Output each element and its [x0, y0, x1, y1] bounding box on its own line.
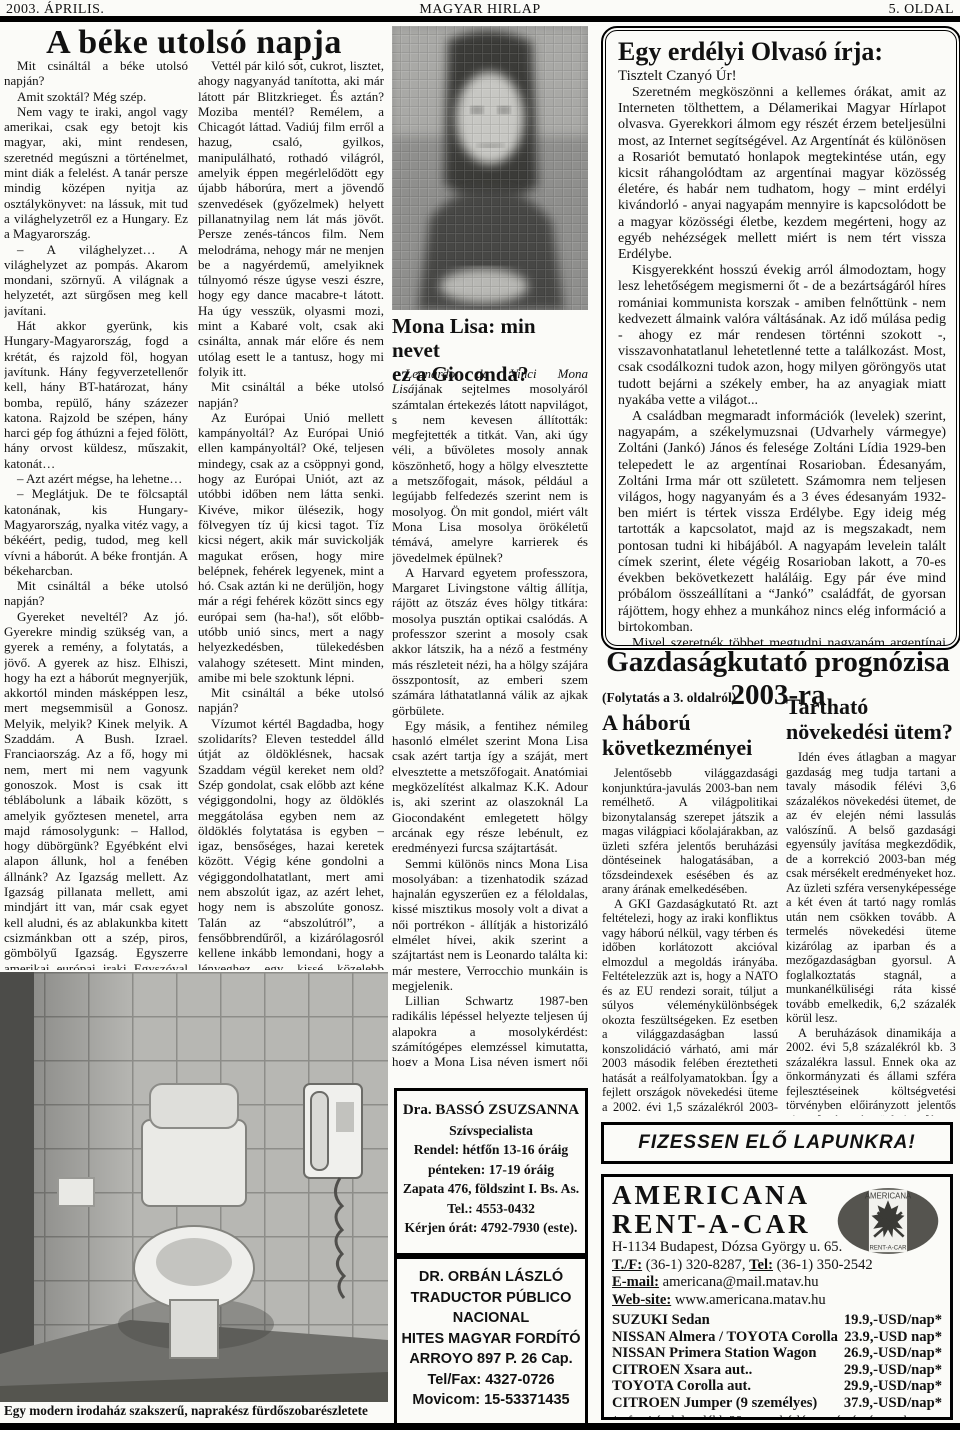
article-paragraph: Vízumot kértél Bagdadba, hogy szolidarít…: [198, 716, 384, 970]
americana-name: AMERICANA RENT-A-CAR: [612, 1181, 832, 1239]
ad-line: Rendel: hétfőn 13-16 óráig: [397, 1140, 585, 1160]
reader-letter-box: Egy erdélyi Olvasó írja: Tisztelt Czanyó…: [601, 26, 960, 650]
tf-value: (36-1) 320-8287,: [642, 1257, 749, 1273]
logo-text-top: AMERICANA: [865, 1191, 912, 1200]
car-model: CITROEN Xsara aut..: [612, 1362, 752, 1379]
bathroom-photo: [0, 972, 388, 1402]
ad-line: Tel/Fax: 4327-0726: [397, 1370, 585, 1391]
americana-name-line1: AMERICANA: [612, 1181, 832, 1210]
ad-line: Kérjen órát: 4792-7930 (este).: [397, 1218, 585, 1238]
letter-paragraph: Kisgyerekként hosszú évekig arról álmodo…: [618, 263, 946, 409]
tel-label: Tel:: [749, 1257, 773, 1273]
car-model: SUZUKI Sedan: [612, 1312, 710, 1329]
americana-name-line2: RENT-A-CAR: [612, 1210, 832, 1239]
basso-ad: Dra. BASSÓ ZSUZSANNA Szívspecialista Ren…: [394, 1088, 588, 1256]
reader-letter-title: Egy erdélyi Olvasó írja:: [618, 37, 946, 67]
mona-lisa-image: [392, 26, 588, 310]
ad-line: Szívspecialista: [397, 1121, 585, 1141]
car-price-row: CITROEN Jumper (9 személyes)37.9,-USD/na…: [612, 1395, 942, 1412]
americana-website: Web-site: www.americana.matav.hu: [612, 1292, 942, 1310]
article-paragraph: – Azt azért mégse, ha lehetne…: [4, 471, 188, 486]
car-price: 29.9,-USD/nap*: [844, 1378, 942, 1395]
prognosis-left-heading: A háború következményei: [602, 710, 778, 760]
newspaper-page: 2003. ÁPRILIS. MAGYAR HIRLAP 5. OLDAL A …: [0, 0, 960, 1430]
ad-line: Tel.: 4553-0432: [397, 1199, 585, 1219]
masthead-rule: [0, 16, 960, 22]
ad-line: ARROYO 897 P. 26 Cap.: [397, 1349, 585, 1370]
peace-article-column-1: Mit csináltál a béke utolsó napján? Amit…: [4, 58, 188, 970]
article-paragraph: Mit csináltál a béke utolsó napján?: [4, 578, 188, 609]
car-model: CITROEN Jumper (9 személyes): [612, 1395, 817, 1412]
ad-line: NACIONAL: [397, 1308, 585, 1329]
car-price-row: NISSAN Primera Station Wagon26.9,-USD/na…: [612, 1345, 942, 1362]
car-price: 26.9,-USD/nap*: [844, 1345, 942, 1362]
article-paragraph: A GKI Gazdaságkutató Rt. azt feltételezi…: [602, 897, 778, 1117]
prognosis-right-heading: Tartható növekedési ütem?: [786, 694, 956, 744]
ad-line: HITES MAGYAR FORDÍTÓ: [397, 1329, 585, 1350]
americana-email: E-mail: americana@mail.matav.hu: [612, 1274, 942, 1292]
car-price: 23.9,-USD nap*: [844, 1329, 942, 1346]
reader-letter-content: Egy erdélyi Olvasó írja: Tisztelt Czanyó…: [605, 30, 957, 646]
paragraph-text: jának sejtelmes mosolyáról számtalan ért…: [392, 381, 588, 564]
orban-ad: DR. ORBÁN LÁSZLÓ TRADUCTOR PÚBLICO NACIO…: [394, 1256, 588, 1428]
ad-line: pénteken: 17-19 óráig: [397, 1160, 585, 1180]
peace-article-title: A béke utolsó napja: [0, 24, 388, 62]
tel-value: (36-1) 350-2542: [773, 1257, 873, 1273]
article-paragraph: – A világhelyzet… A világhelyzet az pomp…: [4, 242, 188, 318]
car-model: NISSAN Almera / TOYOTA Corolla: [612, 1329, 838, 1346]
article-paragraph: Amit szoktál? Még szép.: [4, 89, 188, 104]
article-paragraph: Egy másik, a fentihez némileg hasonló el…: [392, 718, 588, 856]
article-paragraph: Mit csináltál a béke utolsó napján?: [198, 685, 384, 716]
continuation-note: (Folytatás a 3. oldalról): [602, 690, 778, 706]
car-price-row: CITROEN Xsara aut..29.9,-USD/nap*: [612, 1362, 942, 1379]
car-model: TOYOTA Corolla aut.: [612, 1378, 751, 1395]
americana-ad: AMERICANA RENT-A-CAR AMERICANA RENT-A-CA…: [601, 1174, 953, 1420]
article-paragraph: Mit csináltál a béke utolsó napján?: [198, 379, 384, 410]
email-value: americana@mail.matav.hu: [659, 1274, 819, 1290]
article-paragraph: Leonardo da Vinci Mona Lisájának sejtelm…: [392, 366, 588, 565]
letter-paragraph: Mivel szeretnék többet megtudni nagyapám…: [618, 636, 946, 646]
reader-letter-salutation: Tisztelt Czanyó Úr!: [618, 68, 946, 85]
web-value: www.americana.matav.hu: [671, 1292, 826, 1308]
mona-article-body: Leonardo da Vinci Mona Lisájának sejtelm…: [392, 366, 588, 1066]
ad-line: TRADUCTOR PÚBLICO: [397, 1288, 585, 1309]
prognosis-left-column: (Folytatás a 3. oldalról) A háború követ…: [602, 688, 778, 1116]
article-paragraph: – Meglátjuk. De te fölcsaptál katonának,…: [4, 486, 188, 578]
bathroom-photo-illustration: [0, 972, 388, 1402]
logo-text-bottom: RENT-A-CAR: [870, 1246, 908, 1252]
ad-line: Dra. BASSÓ ZSUZSANNA: [397, 1101, 585, 1121]
car-price: 29.9,-USD/nap*: [844, 1362, 942, 1379]
car-price: 37.9,-USD/nap*: [844, 1395, 942, 1412]
car-model: NISSAN Primera Station Wagon: [612, 1345, 816, 1362]
americana-price-list: SUZUKI Sedan19.9,-USD/nap* NISSAN Almera…: [612, 1312, 942, 1412]
subscribe-text: FIZESSEN ELŐ LAPUNKRA!: [638, 1132, 915, 1154]
ad-line: Movicom: 15-53371435: [397, 1390, 585, 1411]
web-label: Web-site:: [612, 1292, 671, 1308]
americana-phones: T./F: (36-1) 320-8287, Tel: (36-1) 350-2…: [612, 1257, 942, 1275]
letter-paragraph: Szeretném megköszönni a kellemes órákat,…: [618, 85, 946, 263]
peace-article-column-2: Vettél pár kiló sót, cukrot, lisztet, ah…: [198, 58, 384, 970]
car-price-row: TOYOTA Corolla aut.29.9,-USD/nap*: [612, 1378, 942, 1395]
letter-paragraph: A családban megmaradt információk (level…: [618, 409, 946, 636]
article-paragraph: Nem vagy te iraki, angol vagy amerikai, …: [4, 104, 188, 242]
article-paragraph: A beruházások dinamikája a 2002. évi 5,8…: [786, 1026, 956, 1117]
article-paragraph: Az Európai Unió mellett kampányoltál? Az…: [198, 410, 384, 685]
article-paragraph: Jelentősebb világgazdasági konjunktúra-j…: [602, 766, 778, 897]
mona-lisa-illustration: [392, 26, 588, 310]
article-paragraph: Lillian Schwartz 1987-ben radikális lépé…: [392, 993, 588, 1066]
prognosis-right-column: Tartható növekedési ütem? Idén éves átla…: [786, 688, 956, 1116]
mona-title-line1: Mona Lisa: min nevet: [392, 314, 588, 362]
americana-footnote: *a fenti árak legalább 28 napos bérlés e…: [612, 1413, 942, 1420]
article-paragraph: Hát akkor gyerünk, kis Hungary-Magyarors…: [4, 318, 188, 471]
tf-label: T./F:: [612, 1257, 642, 1273]
bottom-rule: [0, 1423, 960, 1430]
email-label: E-mail:: [612, 1274, 659, 1290]
article-paragraph: Mit csináltál a béke utolsó napján?: [4, 58, 188, 89]
ad-line: DR. ORBÁN LÁSZLÓ: [397, 1267, 585, 1288]
americana-logo: AMERICANA RENT-A-CAR: [836, 1185, 940, 1257]
car-price-row: NISSAN Almera / TOYOTA Corolla23.9,-USD …: [612, 1329, 942, 1346]
subscribe-ad: FIZESSEN ELŐ LAPUNKRA!: [601, 1122, 953, 1164]
article-paragraph: A Harvard egyetem professzora, Margaret …: [392, 565, 588, 718]
car-price-row: SUZUKI Sedan19.9,-USD/nap*: [612, 1312, 942, 1329]
article-paragraph: Semmi különös nincs Mona Lisa mosolyában…: [392, 856, 588, 994]
article-paragraph: Idén éves átlagban a magyar gazdaság meg…: [786, 750, 956, 1026]
car-price: 19.9,-USD/nap*: [844, 1312, 942, 1329]
photo-caption: Egy modern irodaház szakszerű, naprakész…: [4, 1403, 388, 1419]
ad-line: Zapata 476, földszint I. Bs. As.: [397, 1179, 585, 1199]
article-paragraph: Vettél pár kiló sót, cukrot, lisztet, ah…: [198, 58, 384, 379]
article-paragraph: Gyereket neveltél? Az jó. Gyerekre mindi…: [4, 609, 188, 970]
